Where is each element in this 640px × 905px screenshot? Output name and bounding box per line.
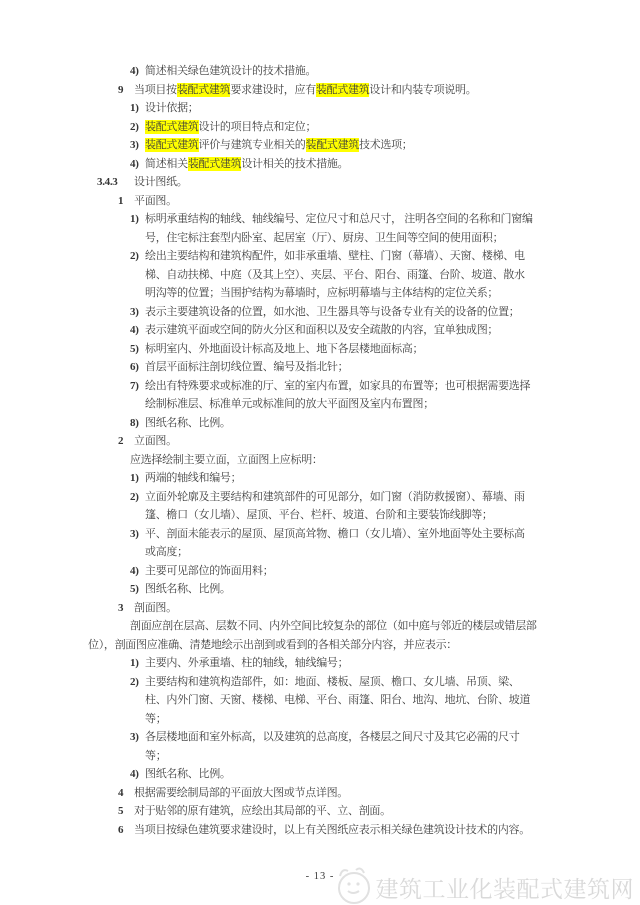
text-segment: 当项目按 <box>134 84 177 96</box>
item-text: 剖面应剖在层高、层数不同、内外空间比较复杂的部位（如中庭与邻近的楼层或错层部位）… <box>88 620 537 651</box>
text-segment: 立面图。 <box>134 435 177 447</box>
smiley-logo-icon <box>332 864 374 905</box>
item-text: 主要可见部位的饰面用料； <box>145 562 535 581</box>
item-number: 6) <box>130 358 145 377</box>
text-segment: 简述相关 <box>145 158 188 170</box>
item-number: 3 <box>118 599 134 618</box>
item-text: 绘出有特殊要求或标准的厅、室的室内布置，如家具的布置等；也可根据需要选择绘制标准… <box>145 377 535 414</box>
item-text: 图纸名称、比例。 <box>145 765 535 784</box>
item-text: 当项目按绿色建筑要求建设时，以上有关图纸应表示相关绿色建筑设计技术的内容。 <box>134 821 554 840</box>
text-segment: 首层平面标注剖切线位置、编号及指北针； <box>145 361 348 373</box>
item-number: 3) <box>130 303 145 322</box>
highlighted-term: 装配式建筑 <box>316 83 370 97</box>
list-item-level2: 2)装配式建筑设计的项目特点和定位； <box>88 118 554 137</box>
item-number: 1) <box>130 469 145 488</box>
item-number: 7) <box>130 377 145 396</box>
item-number: 5) <box>130 580 145 599</box>
highlighted-term: 装配式建筑 <box>177 83 231 97</box>
text-segment: 标明室内、外地面设计标高及地上、地下各层楼地面标高； <box>145 343 423 355</box>
highlighted-term: 装配式建筑 <box>306 138 360 152</box>
item-number: 1) <box>130 654 145 673</box>
item-number: 1 <box>118 192 134 211</box>
hanging-paragraph: 剖面应剖在层高、层数不同、内外空间比较复杂的部位（如中庭与邻近的楼层或错层部位）… <box>88 617 550 654</box>
list-item-level2: 3)平、剖面未能表示的屋顶、屋顶高耸物、檐口（女儿墙）、室外地面等处主要标高或高… <box>88 525 554 562</box>
list-item-level2: 4)简述相关装配式建筑设计相关的技术措施。 <box>88 155 554 174</box>
text-segment: 设计和内装专项说明。 <box>369 84 476 96</box>
item-text: 图纸名称、比例。 <box>145 580 535 599</box>
list-item-level2: 5)图纸名称、比例。 <box>88 580 554 599</box>
item-number: 4) <box>130 562 145 581</box>
item-text: 简述相关绿色建筑设计的技术措施。 <box>145 62 535 81</box>
highlighted-term: 装配式建筑 <box>145 138 199 152</box>
item-text: 立面外轮廓及主要结构和建筑部件的可见部分，如门窗（消防救援窗）、幕墙、雨篷、檐口… <box>145 488 535 525</box>
item-number: 5 <box>118 802 134 821</box>
text-segment: 主要结构和建筑构造部件，如：地面、楼板、屋顶、檐口、女儿墙、吊顶、梁、柱、内外门… <box>145 676 530 725</box>
item-text: 根据需要绘制局部的平面放大图或节点详图。 <box>134 784 554 803</box>
item-number: 1) <box>130 99 145 118</box>
item-text: 装配式建筑设计的项目特点和定位； <box>145 118 535 137</box>
list-item-level2: 1)设计依据； <box>88 99 554 118</box>
item-text: 绘出主要结构和建筑构配件，如非承重墙、壁柱、门窗（幕墙）、天窗、楼梯、电梯、自动… <box>145 247 535 303</box>
item-number: 8) <box>130 414 145 433</box>
text-segment: 图纸名称、比例。 <box>145 583 231 595</box>
item-text: 简述相关装配式建筑设计相关的技术措施。 <box>145 155 535 174</box>
text-segment: 设计依据； <box>145 102 199 114</box>
list-item-level1: 6当项目按绿色建筑要求建设时，以上有关图纸应表示相关绿色建筑设计技术的内容。 <box>88 821 554 840</box>
text-segment: 设计相关的技术措施。 <box>241 158 348 170</box>
text-segment: 表示建筑平面或空间的防火分区和面积以及安全疏散的内容，宜单独成图； <box>145 324 498 336</box>
text-segment: 图纸名称、比例。 <box>145 768 231 780</box>
text-segment: 简述相关绿色建筑设计的技术措施。 <box>145 65 316 77</box>
list-item-level2: 4)表示建筑平面或空间的防火分区和面积以及安全疏散的内容，宜单独成图； <box>88 321 554 340</box>
list-item-level2: 2)主要结构和建筑构造部件，如：地面、楼板、屋顶、檐口、女儿墙、吊顶、梁、柱、内… <box>88 673 554 729</box>
list-item-level2: 2)绘出主要结构和建筑构配件，如非承重墙、壁柱、门窗（幕墙）、天窗、楼梯、电梯、… <box>88 247 554 303</box>
document-body: 4)简述相关绿色建筑设计的技术措施。9当项目按装配式建筑要求建设时，应有装配式建… <box>88 62 554 839</box>
list-item-level1: 3剖面图。 <box>88 599 554 618</box>
text-segment: 平、剖面未能表示的屋顶、屋顶高耸物、檐口（女儿墙）、室外地面等处主要标高或高度； <box>145 528 525 559</box>
item-text: 平、剖面未能表示的屋顶、屋顶高耸物、檐口（女儿墙）、室外地面等处主要标高或高度； <box>145 525 535 562</box>
list-item-level2: 6)首层平面标注剖切线位置、编号及指北针； <box>88 358 554 377</box>
watermark: 建筑工业化装配式建筑网 <box>332 864 635 905</box>
text-segment: 设计图纸。 <box>134 176 188 188</box>
item-number: 4) <box>130 765 145 784</box>
item-text: 立面图。 <box>134 432 554 451</box>
list-item-level2: 4)主要可见部位的饰面用料； <box>88 562 554 581</box>
list-item-level2: 4)图纸名称、比例。 <box>88 765 554 784</box>
text-segment: 标明承重结构的轴线、轴线编号、定位尺寸和总尺寸， 注明各空间的名称和门窗编号，住… <box>145 213 533 244</box>
text-segment: 立面外轮廓及主要结构和建筑部件的可见部分，如门窗（消防救援窗）、幕墙、雨篷、檐口… <box>145 491 525 522</box>
text-segment: 要求建设时，应有 <box>230 84 316 96</box>
list-item-level2: 4)简述相关绿色建筑设计的技术措施。 <box>88 62 554 81</box>
list-item-level2: 1)标明承重结构的轴线、轴线编号、定位尺寸和总尺寸， 注明各空间的名称和门窗编号… <box>88 210 554 247</box>
item-text: 设计图纸。 <box>134 173 554 192</box>
list-item-level2: 1)主要内、外承重墙、柱的轴线，轴线编号； <box>88 654 554 673</box>
text-segment: 主要可见部位的饰面用料； <box>145 565 273 577</box>
list-item-level1: 9当项目按装配式建筑要求建设时，应有装配式建筑设计和内装专项说明。 <box>88 81 554 100</box>
item-text: 对于贴邻的原有建筑，应绘出其局部的平、立、剖面。 <box>134 802 554 821</box>
list-item-level2: 3)装配式建筑评价与建筑专业相关的装配式建筑技术选项； <box>88 136 554 155</box>
list-item-level1: 4根据需要绘制局部的平面放大图或节点详图。 <box>88 784 554 803</box>
item-number: 6 <box>118 821 134 840</box>
text-segment: 绘出有特殊要求或标准的厅、室的室内布置，如家具的布置等；也可根据需要选择绘制标准… <box>145 380 530 411</box>
text-segment: 表示主要建筑设备的位置，如水池、卫生器具等与设备专业有关的设备的位置； <box>145 306 520 318</box>
item-number: 4) <box>130 155 145 174</box>
item-text: 标明室内、外地面设计标高及地上、地下各层楼地面标高； <box>145 340 535 359</box>
text-segment: 平面图。 <box>134 195 177 207</box>
item-number: 5) <box>130 340 145 359</box>
item-text: 平面图。 <box>134 192 554 211</box>
text-segment: 剖面图。 <box>134 602 177 614</box>
text-segment: 当项目按绿色建筑要求建设时，以上有关图纸应表示相关绿色建筑设计技术的内容。 <box>134 824 530 836</box>
item-text: 首层平面标注剖切线位置、编号及指北针； <box>145 358 535 377</box>
item-text: 当项目按装配式建筑要求建设时，应有装配式建筑设计和内装专项说明。 <box>134 81 554 100</box>
paragraph: 应选择绘制主要立面，立面图上应标明： <box>88 451 554 470</box>
list-item-level2: 3)表示主要建筑设备的位置，如水池、卫生器具等与设备专业有关的设备的位置； <box>88 303 554 322</box>
item-text: 两端的轴线和编号； <box>145 469 535 488</box>
item-number: 4) <box>130 321 145 340</box>
item-text: 主要内、外承重墙、柱的轴线，轴线编号； <box>145 654 535 673</box>
section-heading: 3.4.3设计图纸。 <box>88 173 554 192</box>
item-number: 2) <box>130 673 145 692</box>
item-text: 各层楼地面和室外标高，以及建筑的总高度，各楼层之间尺寸及其它必需的尺寸等； <box>145 728 535 765</box>
document-page: 4)简述相关绿色建筑设计的技术措施。9当项目按装配式建筑要求建设时，应有装配式建… <box>0 0 640 905</box>
item-number: 3.4.3 <box>97 173 134 192</box>
item-number: 4) <box>130 62 145 81</box>
text-segment: 技术选项； <box>359 139 413 151</box>
item-text: 装配式建筑评价与建筑专业相关的装配式建筑技术选项； <box>145 136 535 155</box>
item-number: 1) <box>130 210 145 229</box>
item-number: 2) <box>130 488 145 507</box>
item-text: 剖面图。 <box>134 599 554 618</box>
text-segment: 根据需要绘制局部的平面放大图或节点详图。 <box>134 787 348 799</box>
item-text: 表示主要建筑设备的位置，如水池、卫生器具等与设备专业有关的设备的位置； <box>145 303 535 322</box>
text-segment: 图纸名称、比例。 <box>145 417 231 429</box>
item-number: 3) <box>130 136 145 155</box>
list-item-level2: 2)立面外轮廓及主要结构和建筑部件的可见部分，如门窗（消防救援窗）、幕墙、雨篷、… <box>88 488 554 525</box>
list-item-level2: 5)标明室内、外地面设计标高及地上、地下各层楼地面标高； <box>88 340 554 359</box>
text-segment: 两端的轴线和编号； <box>145 472 241 484</box>
list-item-level2: 3)各层楼地面和室外标高，以及建筑的总高度，各楼层之间尺寸及其它必需的尺寸等； <box>88 728 554 765</box>
item-text: 表示建筑平面或空间的防火分区和面积以及安全疏散的内容，宜单独成图； <box>145 321 535 340</box>
text-segment: 评价与建筑专业相关的 <box>199 139 306 151</box>
text-segment: 主要内、外承重墙、柱的轴线，轴线编号； <box>145 657 348 669</box>
list-item-level1: 5对于贴邻的原有建筑，应绘出其局部的平、立、剖面。 <box>88 802 554 821</box>
item-number: 2 <box>118 432 134 451</box>
item-text: 设计依据； <box>145 99 535 118</box>
text-segment: 对于贴邻的原有建筑，应绘出其局部的平、立、剖面。 <box>134 805 391 817</box>
item-text: 应选择绘制主要立面，立面图上应标明： <box>130 451 554 470</box>
item-text: 标明承重结构的轴线、轴线编号、定位尺寸和总尺寸， 注明各空间的名称和门窗编号，住… <box>145 210 535 247</box>
text-segment: 各层楼地面和室外标高，以及建筑的总高度，各楼层之间尺寸及其它必需的尺寸等； <box>145 731 520 762</box>
highlighted-term: 装配式建筑 <box>188 157 242 171</box>
list-item-level1: 1平面图。 <box>88 192 554 211</box>
item-number: 3) <box>130 525 145 544</box>
item-number: 3) <box>130 728 145 747</box>
item-text: 主要结构和建筑构造部件，如：地面、楼板、屋顶、檐口、女儿墙、吊顶、梁、柱、内外门… <box>145 673 535 729</box>
list-item-level2: 7)绘出有特殊要求或标准的厅、室的室内布置，如家具的布置等；也可根据需要选择绘制… <box>88 377 554 414</box>
text-segment: 应选择绘制主要立面，立面图上应标明： <box>130 454 323 466</box>
watermark-text: 建筑工业化装配式建筑网 <box>376 871 635 904</box>
list-item-level2: 1)两端的轴线和编号； <box>88 469 554 488</box>
item-number: 4 <box>118 784 134 803</box>
item-number: 9 <box>118 81 134 100</box>
item-number: 2) <box>130 118 145 137</box>
text-segment: 设计的项目特点和定位； <box>199 121 317 133</box>
item-number: 2) <box>130 247 145 266</box>
highlighted-term: 装配式建筑 <box>145 120 199 134</box>
text-segment: 剖面应剖在层高、层数不同、内外空间比较复杂的部位（如中庭与邻近的楼层或错层部位）… <box>88 620 537 651</box>
item-text: 图纸名称、比例。 <box>145 414 535 433</box>
list-item-level1: 2立面图。 <box>88 432 554 451</box>
list-item-level2: 8)图纸名称、比例。 <box>88 414 554 433</box>
text-segment: 绘出主要结构和建筑构配件，如非承重墙、壁柱、门窗（幕墙）、天窗、楼梯、电梯、自动… <box>145 250 525 299</box>
